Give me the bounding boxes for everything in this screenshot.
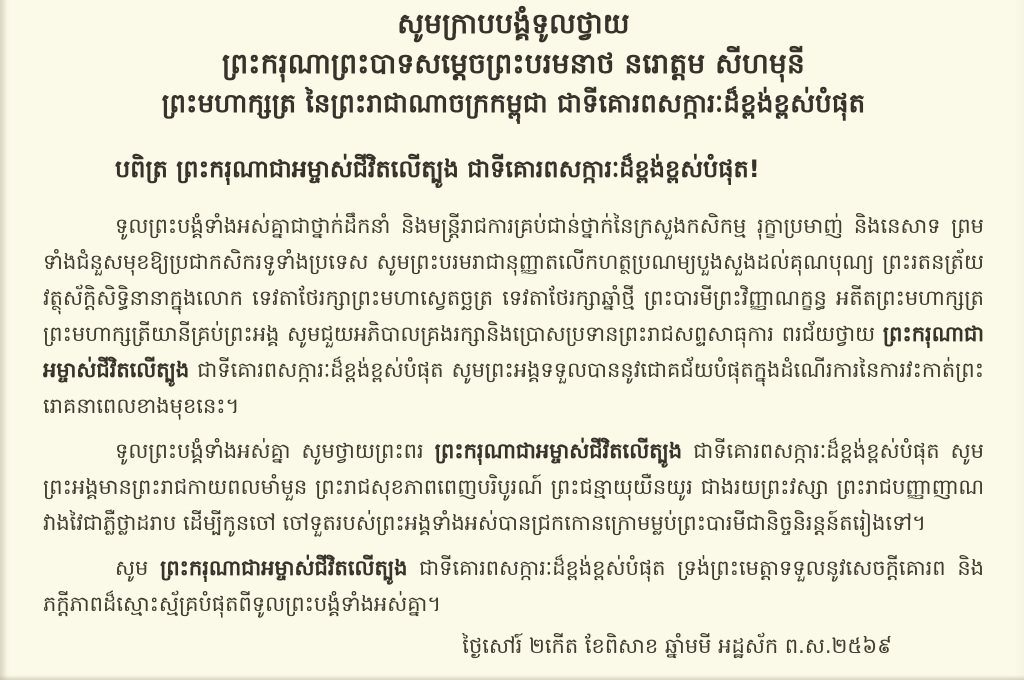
paragraph-text-run: សូម bbox=[115, 556, 160, 580]
body-paragraph-3: សូម ព្រះករុណាជាអម្ចាស់ជីវិតលើត្បូង ជាទីគ… bbox=[43, 550, 984, 622]
paragraph-text-run: ទូលព្រះបង្គំទាំងអស់គ្នា សូមថ្វាយព្រះពរ bbox=[115, 439, 435, 463]
document-page: សូមក្រាបបង្គំទូលថ្វាយ ព្រះករុណាព្រះបាទសម… bbox=[0, 0, 1024, 680]
date-line: ថ្ងៃសៅរ៍ ២កើត ខែពិសាខ ឆ្នាំមមី អដ្ឋស័ក ព… bbox=[43, 630, 984, 662]
body-paragraph-1: ទូលព្រះបង្គំទាំងអស់គ្នាជាថ្នាក់ដឹកនាំ និ… bbox=[43, 208, 984, 424]
header-line-king-name: ព្រះករុណាព្រះបាទសម្ដេចព្រះបរមនាថ នរោត្តម… bbox=[43, 44, 984, 84]
header-line-king-title: ព្រះមហាក្សត្រ នៃព្រះរាជាណាចក្រកម្ពុជា ជា… bbox=[43, 84, 984, 124]
royal-title-phrase-bold: ព្រះករុណាជាអម្ចាស់ជីវិតលើត្បូង bbox=[435, 439, 682, 463]
header-line-presentation: សូមក្រាបបង្គំទូលថ្វាយ bbox=[43, 4, 984, 44]
royal-title-phrase-bold: ព្រះករុណាជាអម្ចាស់ជីវិតលើត្បូង bbox=[160, 556, 407, 580]
body-paragraph-2: ទូលព្រះបង្គំទាំងអស់គ្នា សូមថ្វាយព្រះពរ ព… bbox=[43, 433, 984, 541]
salutation-line: បពិត្រ ព្រះករុណាជាអម្ចាស់ជីវិតលើត្បូង ជា… bbox=[43, 150, 984, 188]
paragraph-text-run: ទូលព្រះបង្គំទាំងអស់គ្នាជាថ្នាក់ដឹកនាំ និ… bbox=[43, 214, 984, 346]
